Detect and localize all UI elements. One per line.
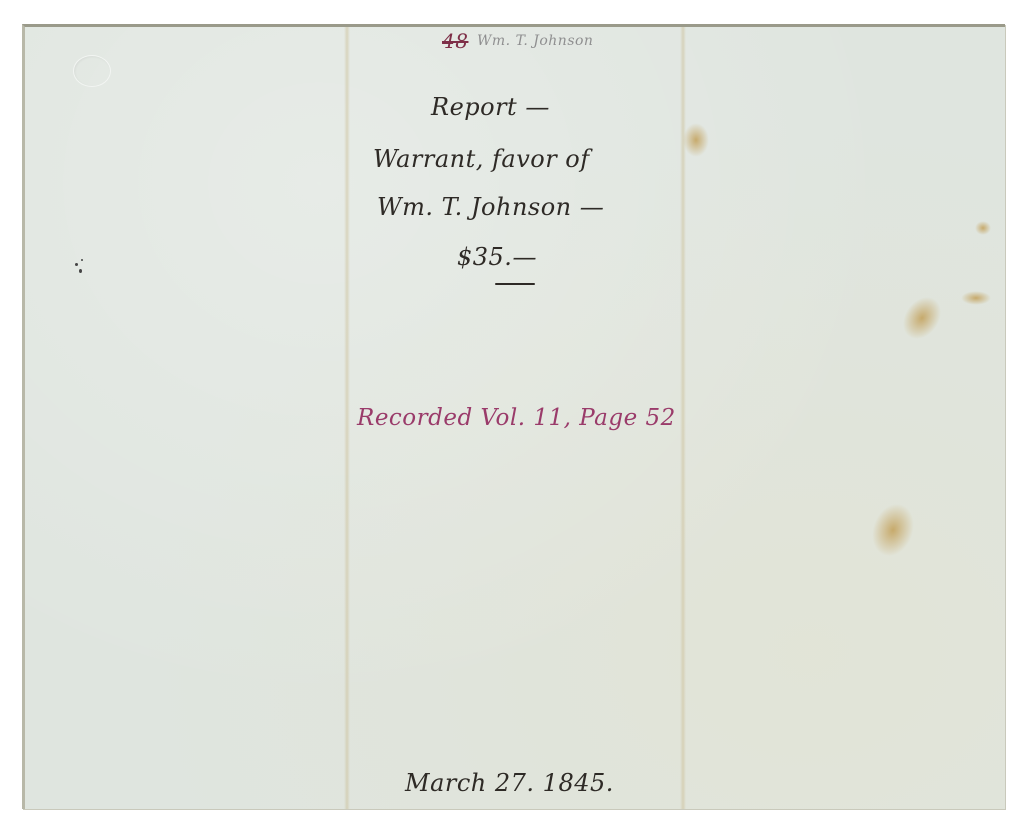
right-panel xyxy=(683,27,1005,809)
stain xyxy=(895,289,949,346)
stain xyxy=(975,221,991,235)
stain xyxy=(865,498,921,562)
endorsement-line-amount: $35.— xyxy=(457,243,537,271)
docket-name-annotation: Wm. T. Johnson xyxy=(477,33,593,49)
endorsement-line-report: Report — xyxy=(431,93,550,121)
document-date: March 27. 1845. xyxy=(405,769,614,797)
center-panel: 48 Wm. T. Johnson Report — Warrant, favo… xyxy=(347,27,683,809)
stain xyxy=(683,123,709,157)
stain xyxy=(961,291,991,305)
ink-specks xyxy=(73,259,93,279)
embossed-seal xyxy=(73,55,111,87)
docket-number: 48 xyxy=(442,29,468,53)
endorsement-line-warrant: Warrant, favor of xyxy=(373,145,590,173)
left-panel xyxy=(25,27,347,809)
amount-underline xyxy=(495,283,535,285)
endorsement-line-payee: Wm. T. Johnson — xyxy=(377,193,604,221)
recorded-note: Recorded Vol. 11, Page 52 xyxy=(357,405,676,431)
document-sheet: 48 Wm. T. Johnson Report — Warrant, favo… xyxy=(22,24,1005,809)
